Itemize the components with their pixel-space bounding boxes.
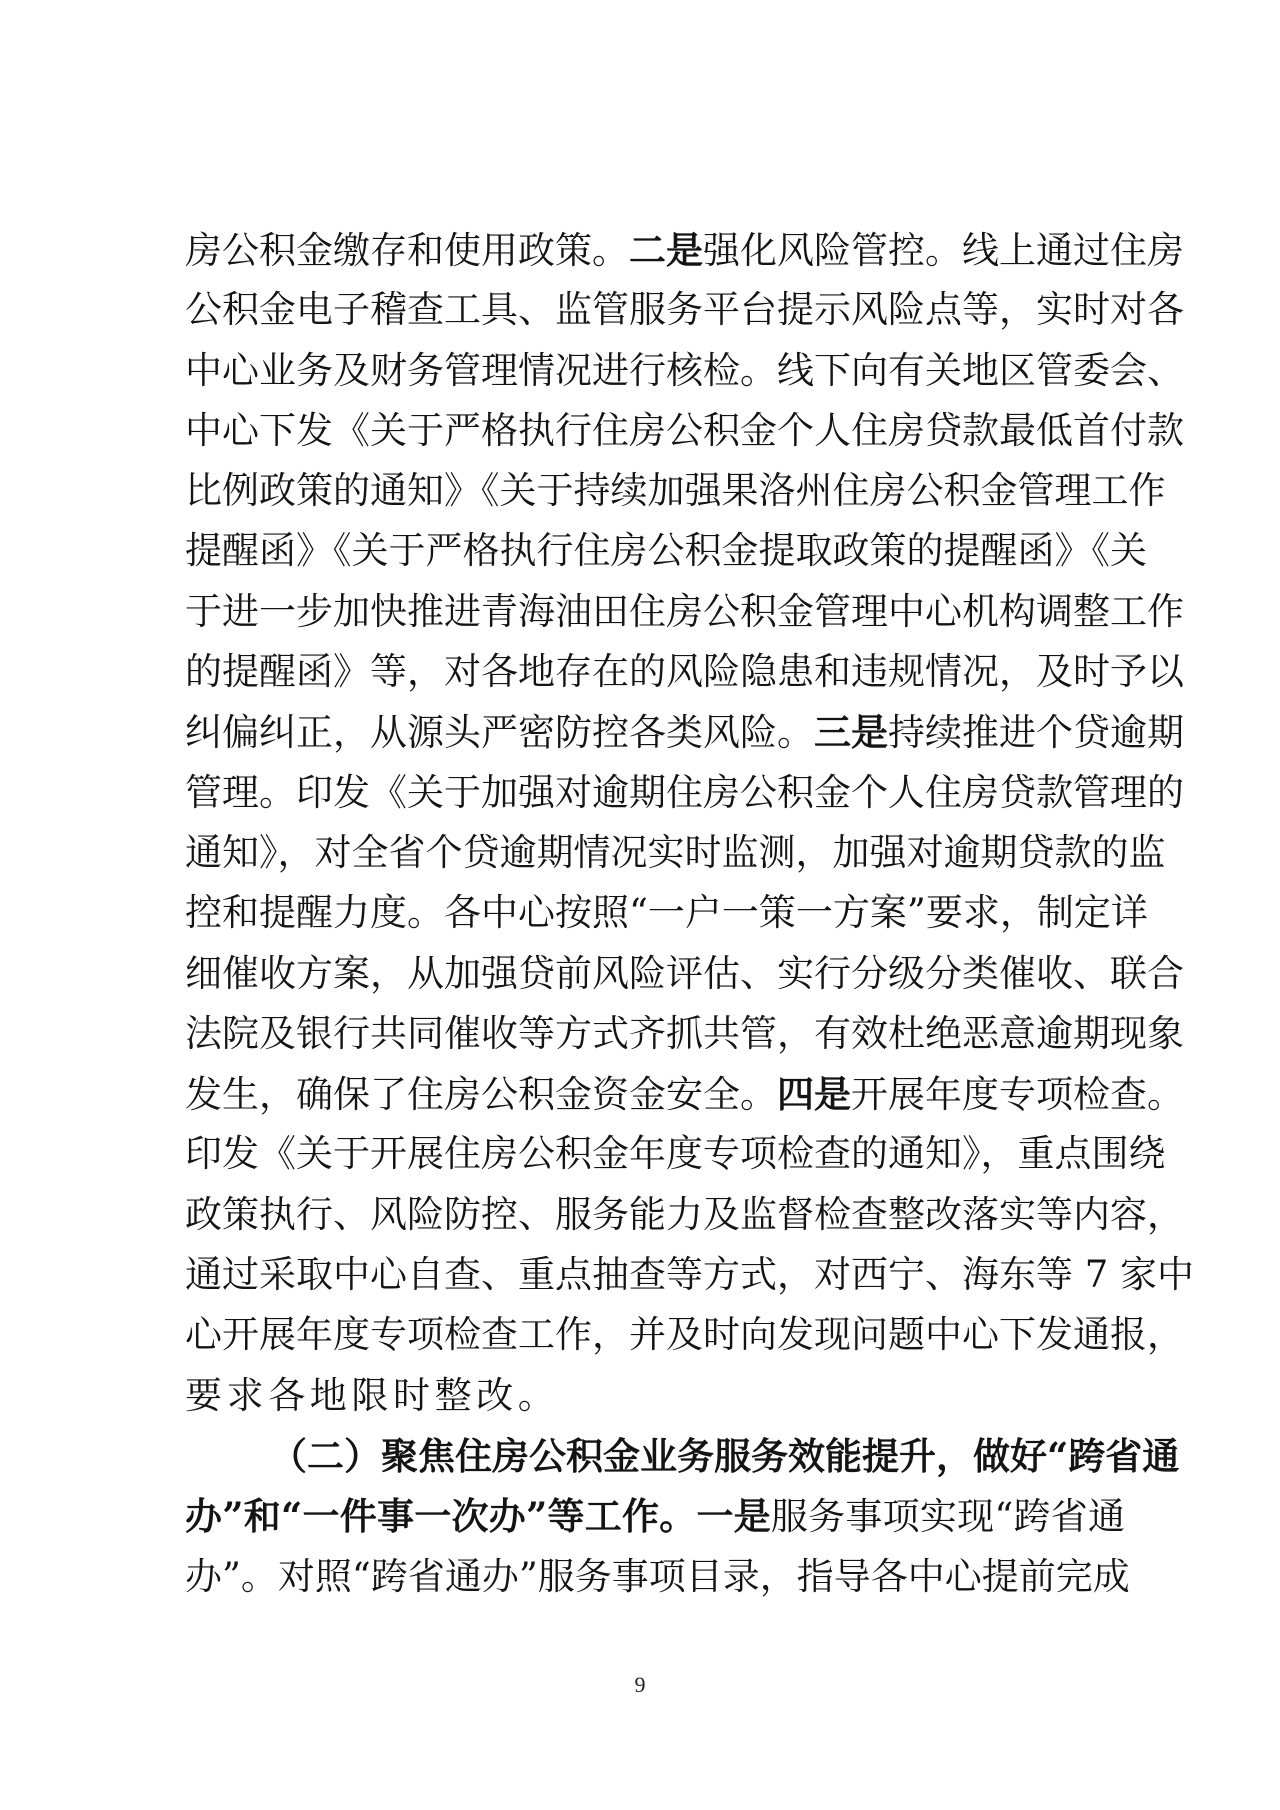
paragraph-line: 发生，确保了住房公积金资金安全。四是开展年度专项检查。	[185, 1064, 1125, 1124]
paragraph-line: 印发《关于开展住房公积金年度专项检查的通知》，重点围绕	[185, 1124, 1125, 1184]
paragraph-line: 的提醒函》等，对各地存在的风险隐患和违规情况，及时予以	[185, 642, 1125, 702]
paragraph-line: 法院及银行共同催收等方式齐抓共管，有效杜绝恶意逾期现象	[185, 1004, 1125, 1064]
line-text: 服务事项实现“跨省通	[771, 1495, 1125, 1538]
line-text: 提醒函》《关于严格执行住房公积金提取政策的提醒函》《关	[185, 529, 1147, 572]
line-text: 的提醒函》等，对各地存在的风险隐患和违规情况，及时予以	[185, 650, 1184, 693]
paragraph-line: 纠偏纠正，从源头严密防控各类风险。三是持续推进个贷逾期	[185, 702, 1125, 762]
line-text: 管理。印发《关于加强对逾期住房公积金个人住房贷款管理的	[185, 771, 1184, 814]
line-text: 印发《关于开展住房公积金年度专项检查的通知》，重点围绕	[185, 1132, 1166, 1175]
line-text: 控和提醒力度。各中心按照“一户一策一方案”要求，制定详	[185, 891, 1148, 934]
page-number: 9	[0, 1672, 1280, 1698]
paragraph-risk-control: 房公积金缴存和使用政策。二是强化风险管控。线上通过住房公积金电子稽查工具、监管服…	[185, 220, 1125, 1426]
paragraph-line: 办”。对照“跨省通办”服务事项目录，指导各中心提前完成	[185, 1547, 1125, 1607]
paragraph-line: 房公积金缴存和使用政策。二是强化风险管控。线上通过住房	[185, 220, 1125, 280]
body-text: 房公积金缴存和使用政策。二是强化风险管控。线上通过住房公积金电子稽查工具、监管服…	[185, 220, 1125, 1607]
paragraph-line: 心开展年度专项检查工作，并及时向发现问题中心下发通报，	[185, 1305, 1125, 1365]
line-text: 通过采取中心自查、重点抽查等方式，对西宁、海东等 7 家中	[185, 1253, 1194, 1296]
line-text: 于进一步加快推进青海油田住房公积金管理中心机构调整工作	[185, 590, 1184, 633]
document-page: 房公积金缴存和使用政策。二是强化风险管控。线上通过住房公积金电子稽查工具、监管服…	[0, 0, 1280, 1810]
line-text: 纠偏纠正，从源头严密防控各类风险。	[185, 711, 814, 754]
paragraph-line: 通过采取中心自查、重点抽查等方式，对西宁、海东等 7 家中	[185, 1245, 1125, 1305]
paragraph-line: 中心下发《关于严格执行住房公积金个人住房贷款最低首付款	[185, 401, 1125, 461]
paragraph-line: 办”和“一件事一次办”等工作。一是服务事项实现“跨省通	[185, 1486, 1125, 1546]
paragraph-line: 提醒函》《关于严格执行住房公积金提取政策的提醒函》《关	[185, 521, 1125, 581]
paragraph-line: 政策执行、风险防控、服务能力及监督检查整改落实等内容，	[185, 1185, 1125, 1245]
paragraph-line: 细催收方案，从加强贷前风险评估、实行分级分类催收、联合	[185, 944, 1125, 1004]
paragraph-line: 比例政策的通知》《关于持续加强果洛州住房公积金管理工作	[185, 461, 1125, 521]
line-text: 中心业务及财务管理情况进行核检。线下向有关地区管委会、	[185, 349, 1184, 392]
line-text: 政策执行、风险防控、服务能力及监督检查整改落实等内容，	[185, 1193, 1184, 1236]
bold-marker: 一是	[696, 1494, 770, 1538]
line-text: 细催收方案，从加强贷前风险评估、实行分级分类催收、联合	[185, 952, 1184, 995]
paragraph-line: 于进一步加快推进青海油田住房公积金管理中心机构调整工作	[185, 582, 1125, 642]
section-heading-two: （二）聚焦住房公积金业务服务效能提升，做好“跨省通	[185, 1426, 1125, 1486]
paragraph-line: 控和提醒力度。各中心按照“一户一策一方案”要求，制定详	[185, 883, 1125, 943]
paragraph-line: 中心业务及财务管理情况进行核检。线下向有关地区管委会、	[185, 341, 1125, 401]
line-text: 要求各地限时整改。	[185, 1374, 559, 1417]
paragraph-line: 管理。印发《关于加强对逾期住房公积金个人住房贷款管理的	[185, 763, 1125, 823]
line-text: 中心下发《关于严格执行住房公积金个人住房贷款最低首付款	[185, 409, 1184, 452]
line-text: 持续推进个贷逾期	[888, 711, 1184, 754]
paragraph-line: 公积金电子稽查工具、监管服务平台提示风险点等，实时对各	[185, 280, 1125, 340]
paragraph-line: 通知》，对全省个贷逾期情况实时监测，加强对逾期贷款的监	[185, 823, 1125, 883]
bold-marker: 二是	[629, 228, 703, 272]
line-text: 强化风险管控。线上通过住房	[703, 229, 1184, 272]
bold-marker: 三是	[814, 710, 888, 754]
line-text: 通知》，对全省个贷逾期情况实时监测，加强对逾期贷款的监	[185, 831, 1166, 874]
section-heading-continuation: 办”和“一件事一次办”等工作。	[185, 1494, 696, 1538]
line-text: 房公积金缴存和使用政策。	[185, 229, 629, 272]
line-text: 公积金电子稽查工具、监管服务平台提示风险点等，实时对各	[185, 288, 1184, 331]
line-text: 法院及银行共同催收等方式齐抓共管，有效杜绝恶意逾期现象	[185, 1012, 1184, 1055]
line-text: 开展年度专项检查。	[851, 1073, 1184, 1116]
line-text: 比例政策的通知》《关于持续加强果洛州住房公积金管理工作	[185, 469, 1166, 512]
bold-marker: 四是	[777, 1072, 851, 1116]
line-text: 心开展年度专项检查工作，并及时向发现问题中心下发通报，	[185, 1313, 1184, 1356]
line-text: 发生，确保了住房公积金资金安全。	[185, 1073, 777, 1116]
paragraph-line: 要求各地限时整改。	[185, 1366, 1125, 1426]
